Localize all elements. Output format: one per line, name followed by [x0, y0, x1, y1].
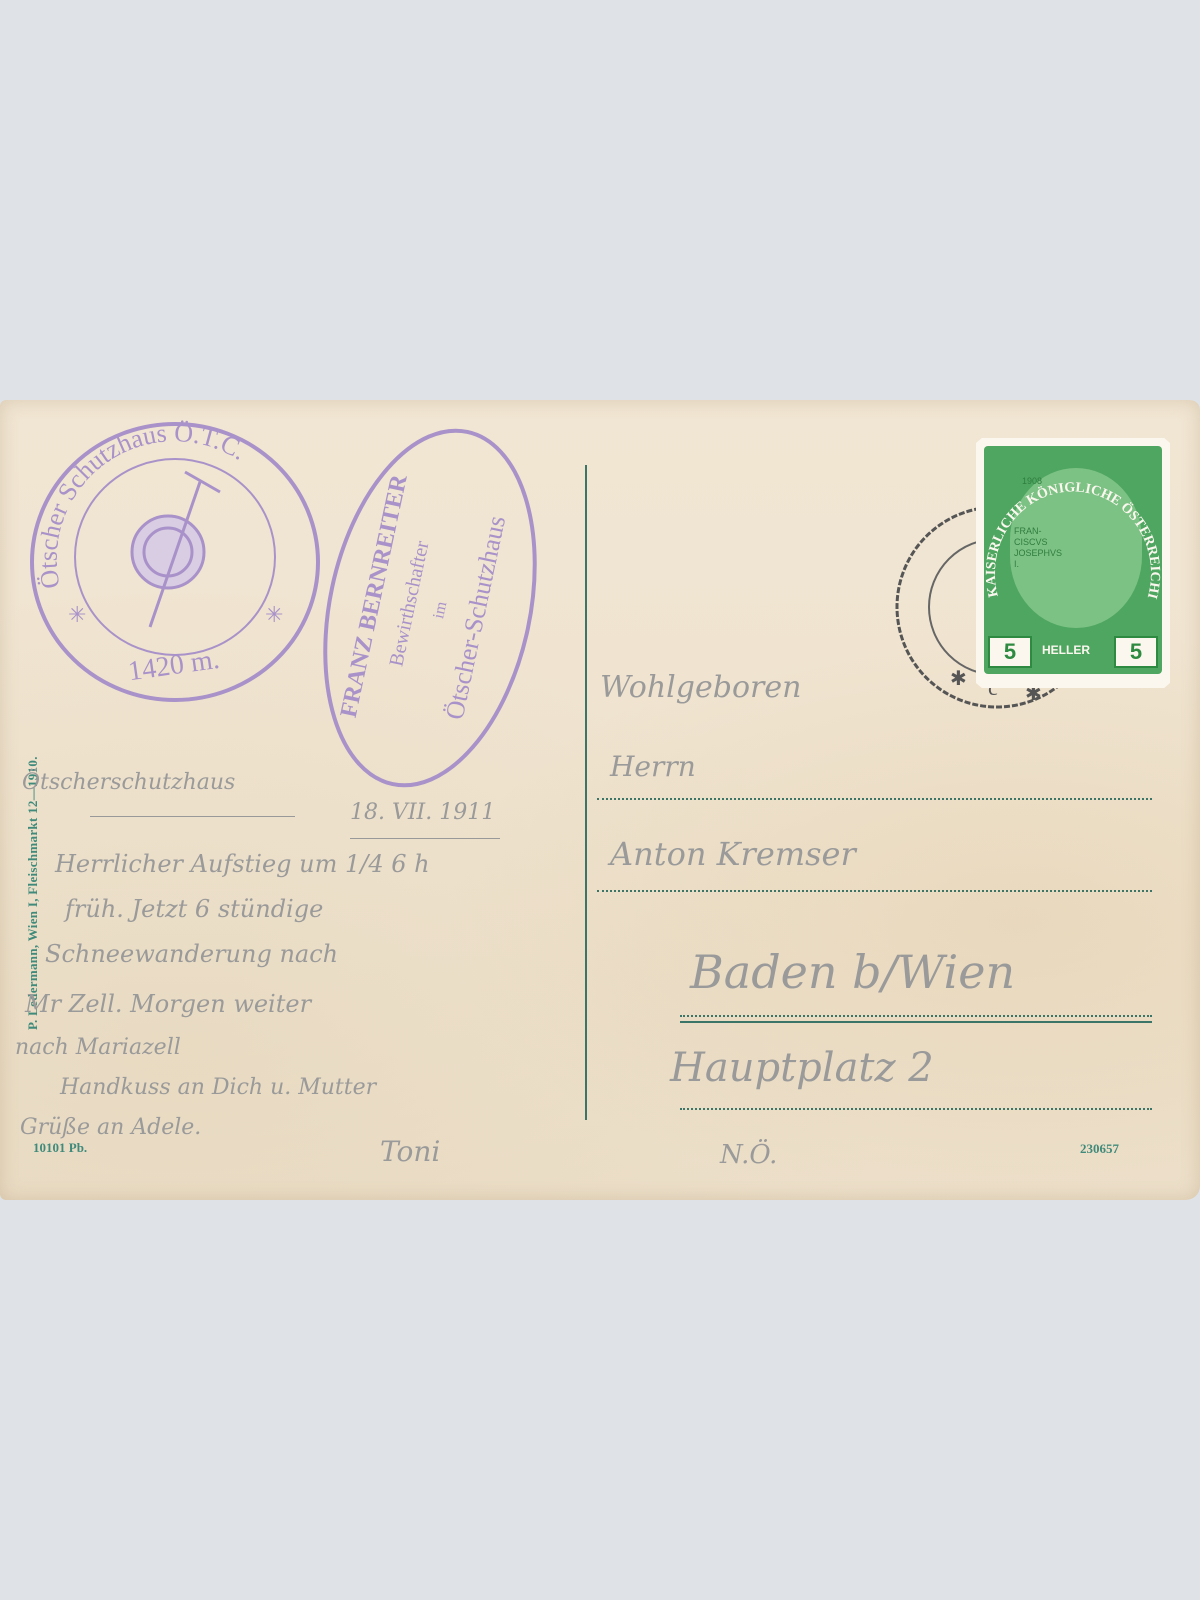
svg-text:Ötscher-Schutzhaus: Ötscher-Schutzhaus — [440, 513, 511, 722]
postage-stamp: 1908 FRAN- CISCVS JOSEPHVS I. KAISERLICH… — [976, 438, 1170, 688]
round-cachet: Ötscher Schutzhaus Ö.T.C. 1420 m. ✳ ✳ — [20, 412, 330, 712]
message-heading: Ötscherschutzhaus — [22, 770, 235, 795]
svg-text:im: im — [430, 600, 450, 621]
message-line: früh. Jetzt 6 stündige — [65, 895, 323, 923]
address-underline — [680, 1021, 1152, 1023]
message-line: Mr Zell. Morgen weiter — [25, 990, 311, 1018]
message-line: Herrlicher Aufstieg um 1/4 6 h — [55, 850, 430, 878]
svg-text:✳: ✳ — [68, 602, 86, 627]
altitude-text: 1420 m. — [126, 644, 221, 687]
currency-label: HELLER — [1042, 643, 1090, 657]
svg-text:✱: ✱ — [950, 668, 967, 690]
catalog-number-left: 10101 Pb. — [33, 1140, 87, 1156]
address-line-1 — [597, 798, 1152, 800]
date-underline — [350, 838, 500, 839]
oval-cachet: FRANZ BERNREITER Bewirthschafter im Ötsc… — [318, 418, 543, 798]
svg-text:KAISERLICHE KÖNIGLICHE ÖSTERRE: KAISERLICHE KÖNIGLICHE ÖSTERREICHISCHE P… — [984, 446, 1162, 600]
heading-underline — [90, 816, 295, 817]
address-name: Anton Kremser — [610, 835, 856, 873]
address-salutation: Wohlgeboren — [600, 670, 801, 705]
address-line-3 — [680, 1015, 1152, 1017]
message-line: Grüße an Adele. — [20, 1115, 201, 1140]
address-street: Hauptplatz 2 — [670, 1045, 934, 1091]
address-line-4 — [680, 1108, 1152, 1110]
center-divider — [585, 465, 587, 1120]
printer-imprint: P. Ledermann, Wien I, Fleischmarkt 12—19… — [25, 756, 41, 1030]
value-right: 5 — [1114, 636, 1158, 668]
address-extra: N.Ö. — [720, 1140, 777, 1170]
catalog-number-right: 230657 — [1080, 1141, 1119, 1157]
svg-text:✳: ✳ — [265, 602, 283, 627]
message-line: Handkuss an Dich u. Mutter — [60, 1075, 376, 1100]
address-city: Baden b/Wien — [690, 945, 1015, 999]
message-line: Schneewanderung nach — [45, 940, 338, 968]
message-date: 18. VII. 1911 — [350, 800, 495, 825]
value-left: 5 — [988, 636, 1032, 668]
ice-axe-edelweiss-icon — [132, 472, 220, 627]
address-line-2 — [597, 890, 1152, 892]
signature: Toni — [380, 1135, 440, 1168]
address-title: Herrn — [610, 750, 696, 783]
message-line: nach Mariazell — [15, 1035, 181, 1060]
